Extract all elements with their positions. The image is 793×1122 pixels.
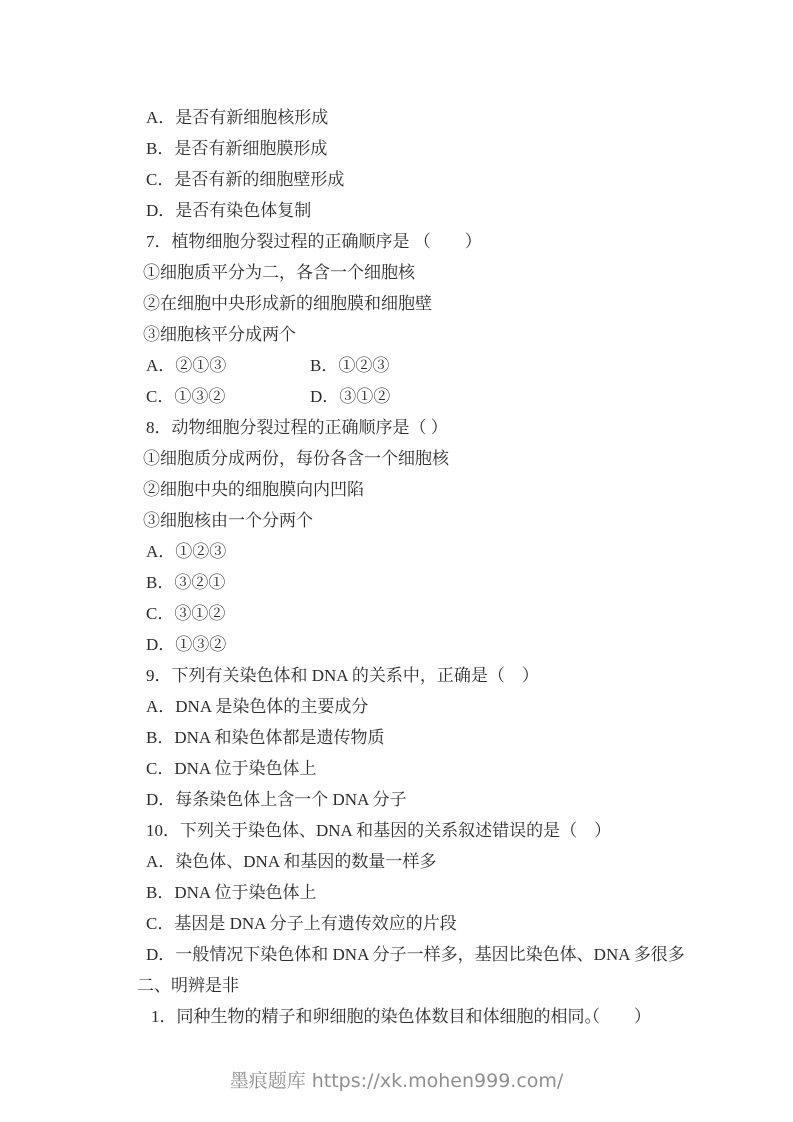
- q9-option-b: B．DNA 和染色体都是遗传物质: [0, 722, 793, 753]
- q7-option-row-1: A．②①③B．①②③: [0, 350, 793, 381]
- q10-option-d: D．一般情况下染色体和 DNA 分子一样多，基因比染色体、DNA 多很多: [0, 939, 793, 970]
- q9-option-d: D．每条染色体上含一个 DNA 分子: [0, 784, 793, 815]
- q8-item-1: ①细胞质分成两份，每份各含一个细胞核: [0, 443, 793, 474]
- q9-option-c: C．DNA 位于染色体上: [0, 753, 793, 784]
- footer-site-text: 墨痕题库 https://xk.mohen999.com/: [230, 1070, 564, 1092]
- q7-option-a: A．②①③: [146, 350, 310, 381]
- q8-option-a: A．①②③: [0, 536, 793, 567]
- q9-stem: 9．下列有关染色体和 DNA 的关系中，正确是（ ）: [0, 660, 793, 691]
- q6-option-d: D．是否有染色体复制: [0, 195, 793, 226]
- section2-question-1: 1．同种生物的精子和卵细胞的染色体数目和体细胞的相同。（ ）: [0, 1001, 793, 1032]
- q7-option-d: D．③①②: [310, 387, 390, 406]
- q8-stem: 8．动物细胞分裂过程的正确顺序是（ ）: [0, 412, 793, 443]
- section2-question-1-text: 1．同种生物的精子和卵细胞的染色体数目和体细胞的相同。: [151, 1007, 602, 1026]
- q8-item-3: ③细胞核由一个分两个: [0, 505, 793, 536]
- q7-item-2: ②在细胞中央形成新的细胞膜和细胞壁: [0, 288, 793, 319]
- q8-option-b: B．③②①: [0, 567, 793, 598]
- q8-option-c: C．③①②: [0, 598, 793, 629]
- q7-option-row-2: C．①③②D．③①②: [0, 381, 793, 412]
- q8-option-d: D．①③②: [0, 629, 793, 660]
- exam-body: A．是否有新细胞核形成 B．是否有新细胞膜形成 C．是否有新的细胞壁形成 D．是…: [0, 102, 793, 1032]
- q7-option-b: B．①②③: [310, 356, 389, 375]
- q7-stem: 7．植物细胞分裂过程的正确顺序是 （ ）: [0, 226, 793, 257]
- q8-item-2: ②细胞中央的细胞膜向内凹陷: [0, 474, 793, 505]
- exam-page: A．是否有新细胞核形成 B．是否有新细胞膜形成 C．是否有新的细胞壁形成 D．是…: [0, 0, 793, 1122]
- q6-option-c: C．是否有新的细胞壁形成: [0, 164, 793, 195]
- q7-option-c: C．①③②: [146, 381, 310, 412]
- q9-option-a: A．DNA 是染色体的主要成分: [0, 691, 793, 722]
- q6-option-a: A．是否有新细胞核形成: [0, 102, 793, 133]
- q6-option-b: B．是否有新细胞膜形成: [0, 133, 793, 164]
- q10-stem: 10．下列关于染色体、DNA 和基因的关系叙述错误的是（ ）: [0, 815, 793, 846]
- q10-option-b: B．DNA 位于染色体上: [0, 877, 793, 908]
- answer-brackets: （ ）: [583, 1001, 651, 1032]
- q7-item-3: ③细胞核平分成两个: [0, 319, 793, 350]
- q7-item-1: ①细胞质平分为二，各含一个细胞核: [0, 257, 793, 288]
- q10-option-a: A．染色体、DNA 和基因的数量一样多: [0, 846, 793, 877]
- section2-heading: 二、明辨是非: [0, 970, 793, 1001]
- q10-option-c: C．基因是 DNA 分子上有遗传效应的片段: [0, 908, 793, 939]
- footer-watermark: 墨痕题库 https://xk.mohen999.com/: [0, 1066, 793, 1096]
